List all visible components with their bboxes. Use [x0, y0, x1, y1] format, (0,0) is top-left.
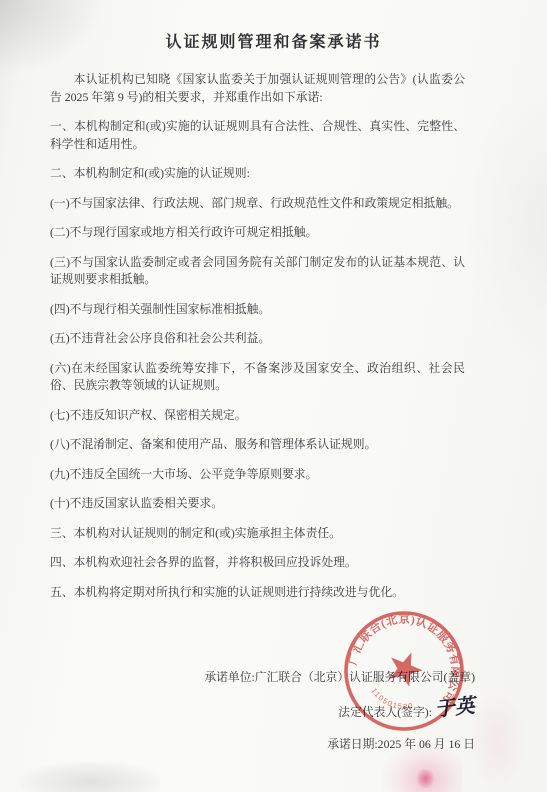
clause-2: 二、本机构制定和(或)实施的认证规则:: [50, 165, 465, 183]
legal-representative-signature: 于英: [434, 697, 475, 717]
clause-4: 四、本机构欢迎社会各界的监督，并将积极回应投诉处理。: [50, 554, 465, 572]
clause-2-item-9: (九)不违反全国统一大市场、公平竞争等原则要求。: [50, 466, 465, 484]
document-body: 本认证机构已知晓《国家认监委关于加强认证规则管理的公告》(认监委公告 2025 …: [50, 71, 465, 601]
clause-2-item-1: (一)不与国家法律、行政法规、部门规章、行政规范性文件和政策规定相抵触。: [50, 195, 465, 213]
clause-2-item-7: (七)不违反知识产权、保密相关规定。: [50, 407, 465, 425]
clause-2-item-4: (四)不与现行相关强制性国家标准相抵触。: [50, 301, 465, 319]
clause-2-item-5: (五)不违背社会公序良俗和社会公共利益。: [50, 330, 465, 348]
scan-smudge-pink-streak: [470, 690, 525, 790]
clause-2-item-3: (三)不与国家认监委制定或者会同国务院有关部门制定发布的认证基本规范、认证规则要…: [50, 254, 465, 289]
clause-5: 五、本机构将定期对所执行和实施的认证规则进行持续改进与优化。: [50, 584, 465, 602]
clause-2-item-6: (六)在未经国家认监委统筹安排下，不备案涉及国家安全、政治组织、社会民俗、民族宗…: [50, 360, 465, 395]
intro-paragraph: 本认证机构已知晓《国家认监委关于加强认证规则管理的公告》(认监委公告 2025 …: [50, 71, 465, 106]
clause-2-item-10: (十)不违反国家认监委相关要求。: [50, 495, 465, 513]
clause-2-item-8: (八)不混淆制定、备案和使用产品、服务和管理体系认证规则。: [50, 436, 465, 454]
signature-block: 承诺单位:广汇联合（北京）认证服务有限公司(盖章) 法定代表人(签字):于英 承…: [204, 669, 475, 769]
legal-representative-line: 法定代表人(签字):于英: [204, 702, 475, 722]
legal-representative-label: 法定代表人(签字):: [338, 705, 432, 719]
scan-smudge-pink-dot: [417, 769, 434, 788]
committing-unit-line: 承诺单位:广汇联合（北京）认证服务有限公司(盖章): [204, 669, 475, 687]
clause-3: 三、本机构对认证规则的制定和(或)实施承担主体责任。: [50, 525, 465, 543]
commitment-date-line: 承诺日期:2025 年 06 月 16 日: [204, 736, 475, 754]
clause-2-item-2: (二)不与现行国家或地方相关行政许可规定相抵触。: [50, 224, 465, 242]
clause-1: 一、本机构制定和(或)实施的认证规则具有合法性、合规性、真实性、完整性、科学性和…: [50, 118, 465, 153]
scanned-document-page: 认证规则管理和备案承诺书 本认证机构已知晓《国家认监委关于加强认证规则管理的公告…: [0, 0, 547, 792]
scan-smudge-gray: [20, 762, 160, 792]
document-title: 认证规则管理和备案承诺书: [0, 33, 547, 52]
